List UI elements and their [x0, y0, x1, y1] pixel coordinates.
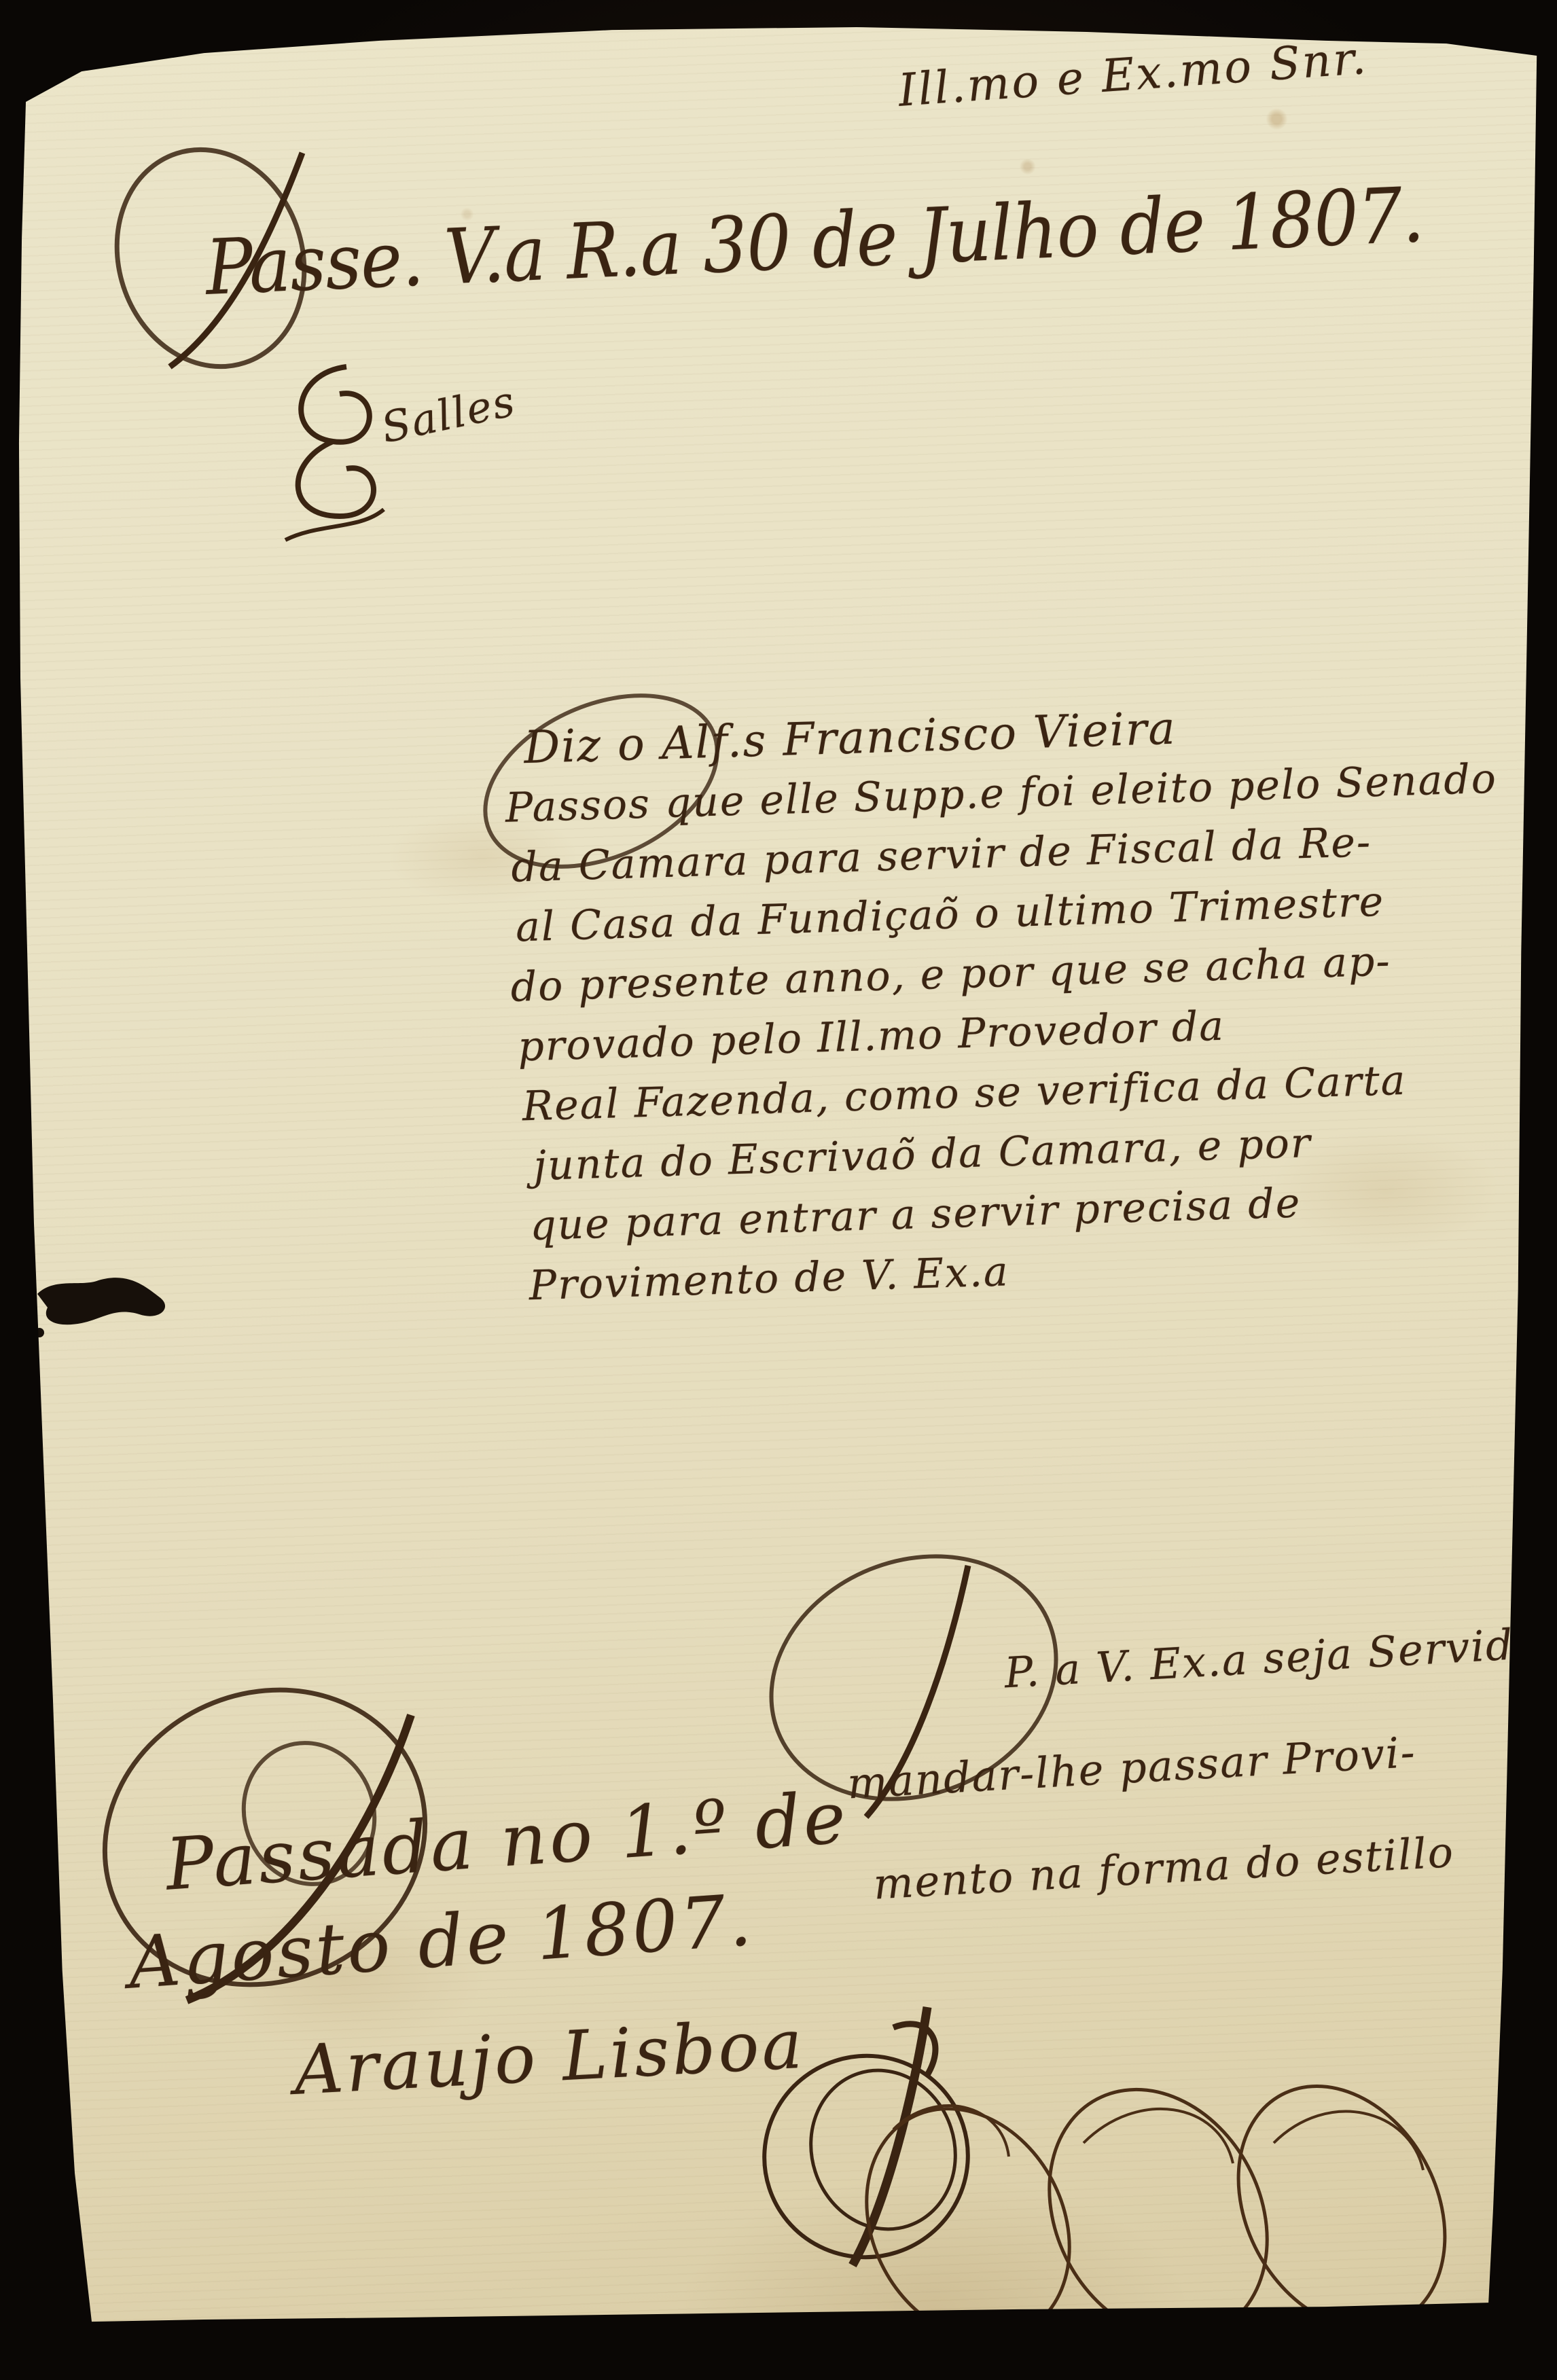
- petition-request: P. a V. Ex.a seja Servido mandar-lhe pas…: [802, 1592, 1555, 1939]
- salutation: Ill.mo e Ex.mo Snr.: [897, 32, 1370, 117]
- despacho-line: Passe. V.a R.a 30 de Julho de 1807.: [204, 171, 1425, 312]
- manuscript-page: Ill.mo e Ex.mo Snr. Passe. V.a R.a 30 de…: [0, 0, 1557, 2380]
- ink-speck: [1396, 2320, 1430, 2354]
- closing-paraph-flourish: [853, 2061, 1450, 2354]
- petition-body: Diz o Alf.s Francisco Vieira Passos que …: [503, 689, 1512, 1316]
- salles-rubric-flourish: [245, 346, 401, 550]
- photo-background: Ill.mo e Ex.mo Snr. Passe. V.a R.a 30 de…: [0, 0, 1557, 2380]
- ink-blot: [27, 1257, 183, 1345]
